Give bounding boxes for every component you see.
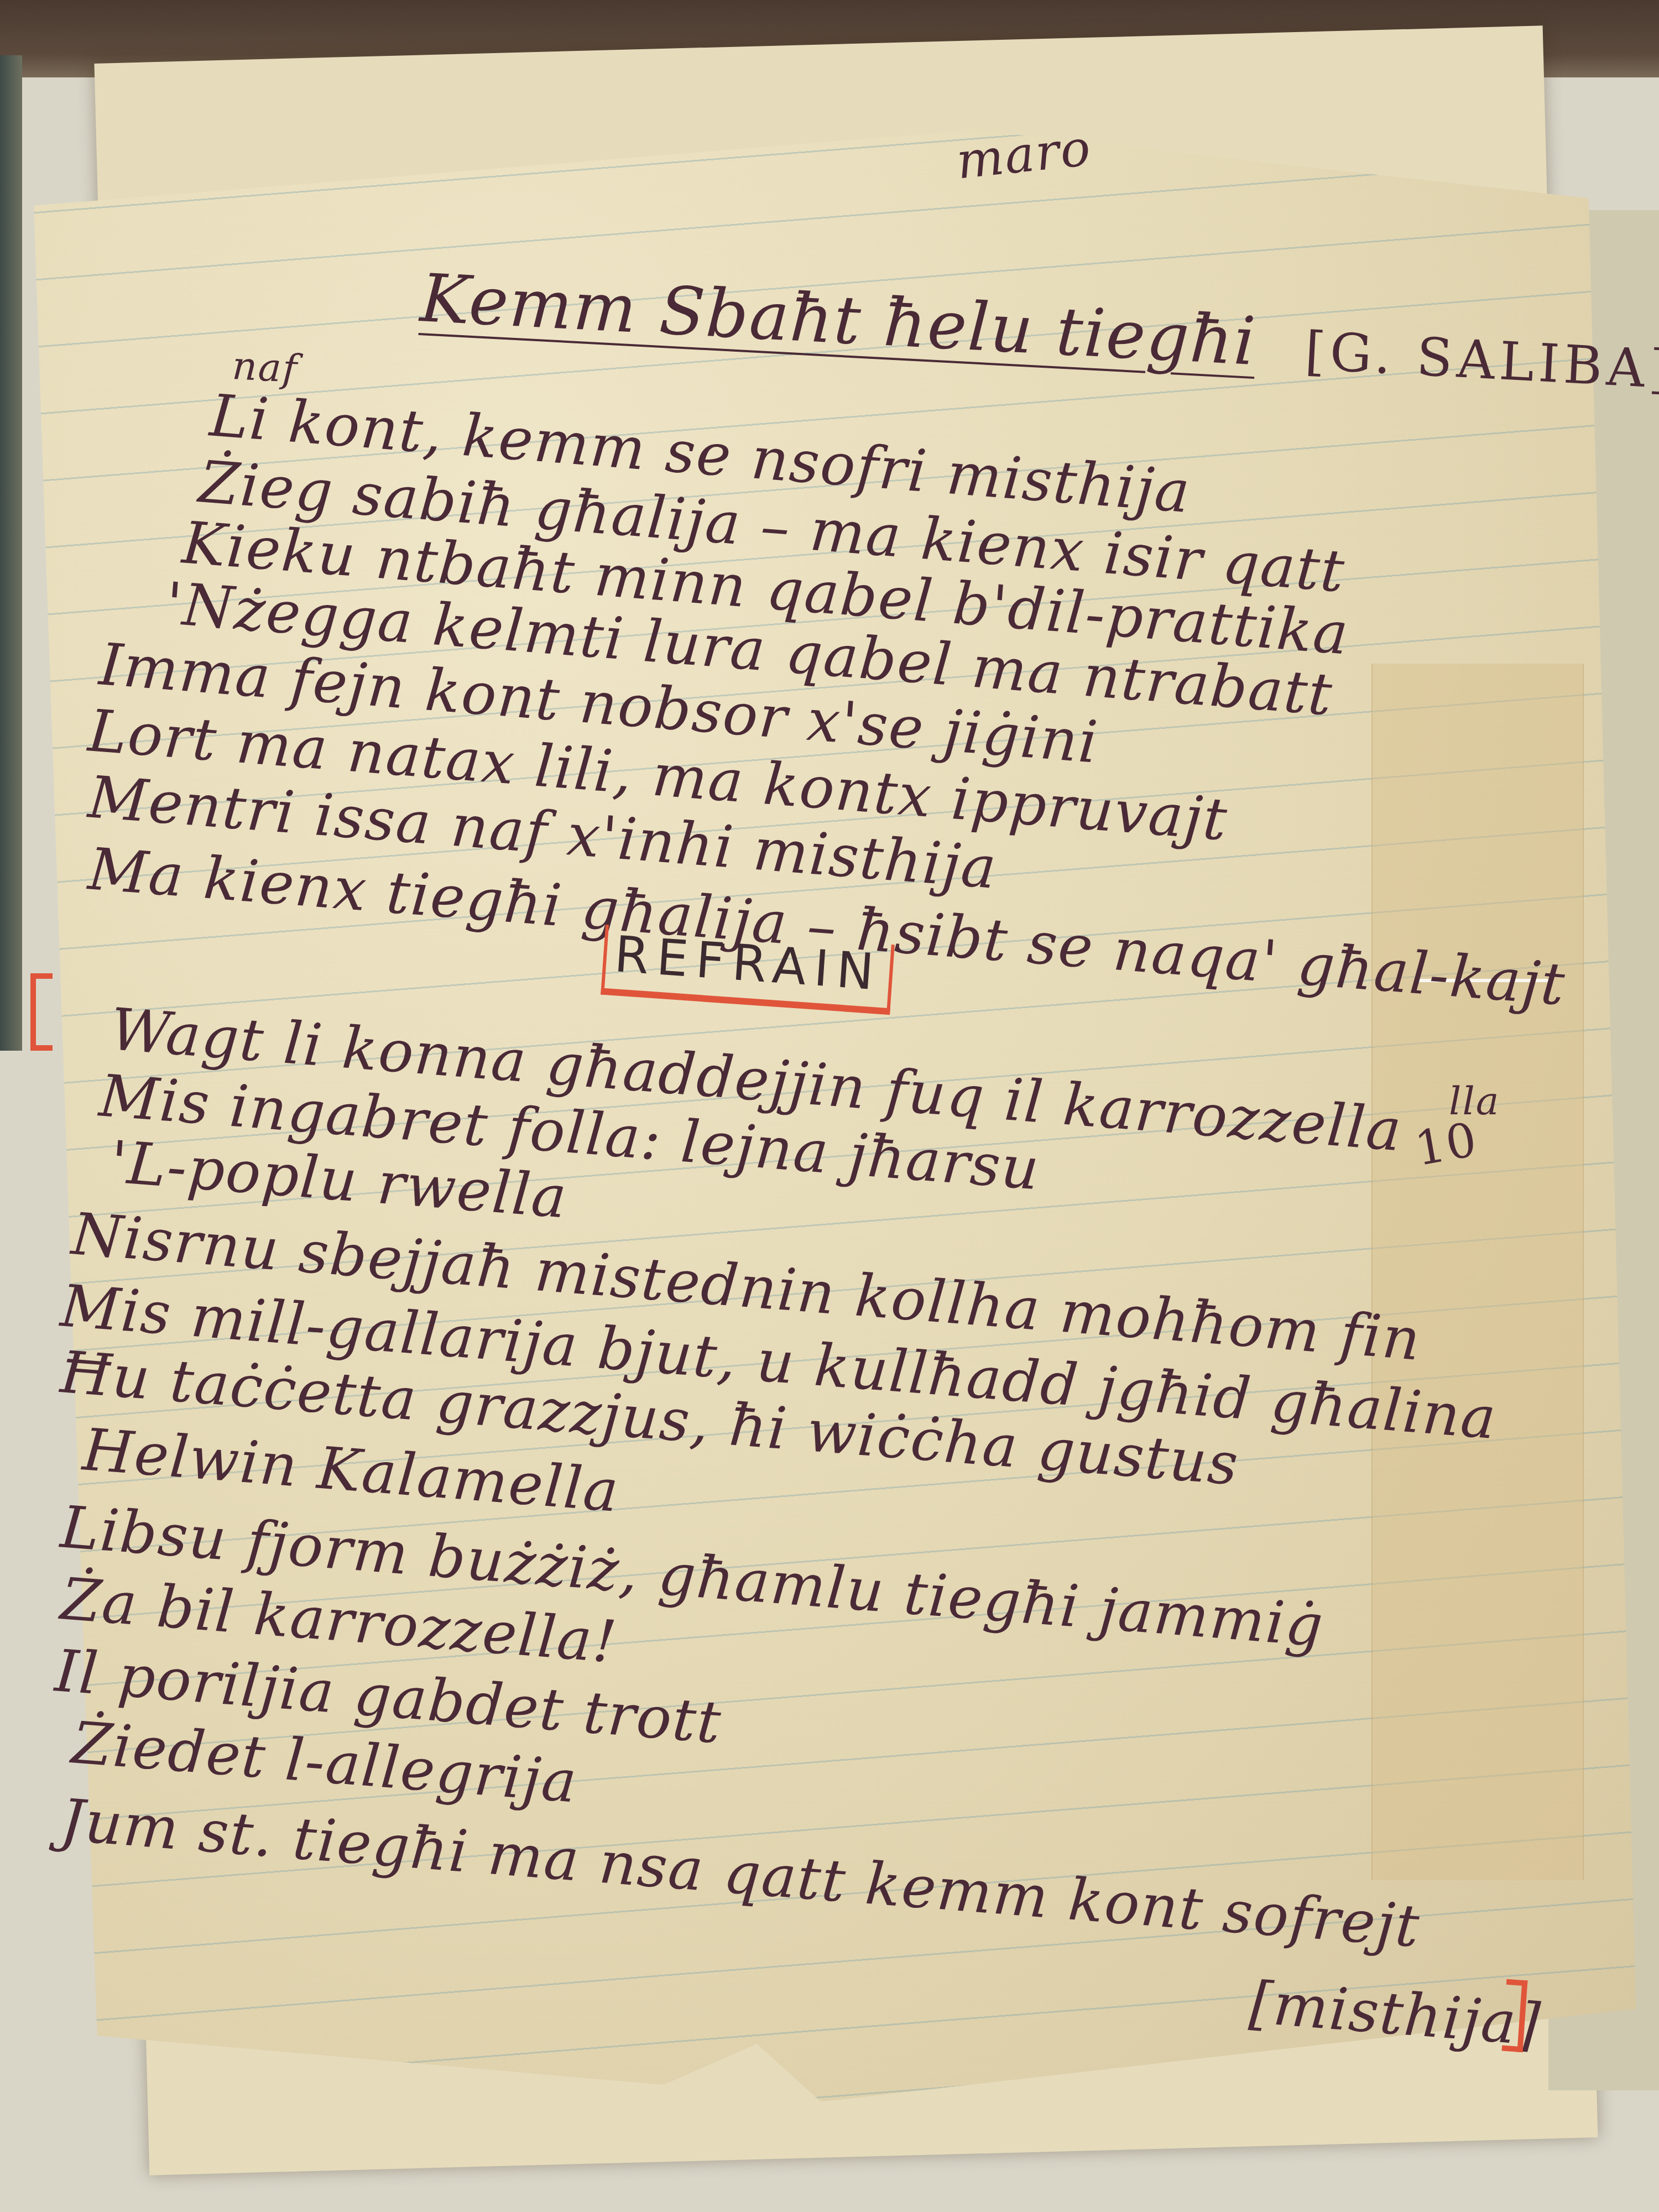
background-left-edge [0, 55, 22, 1051]
repair-tape [1371, 664, 1584, 1880]
margin-insert: lla [1449, 1078, 1500, 1124]
refrain-open-bracket [30, 973, 53, 1051]
